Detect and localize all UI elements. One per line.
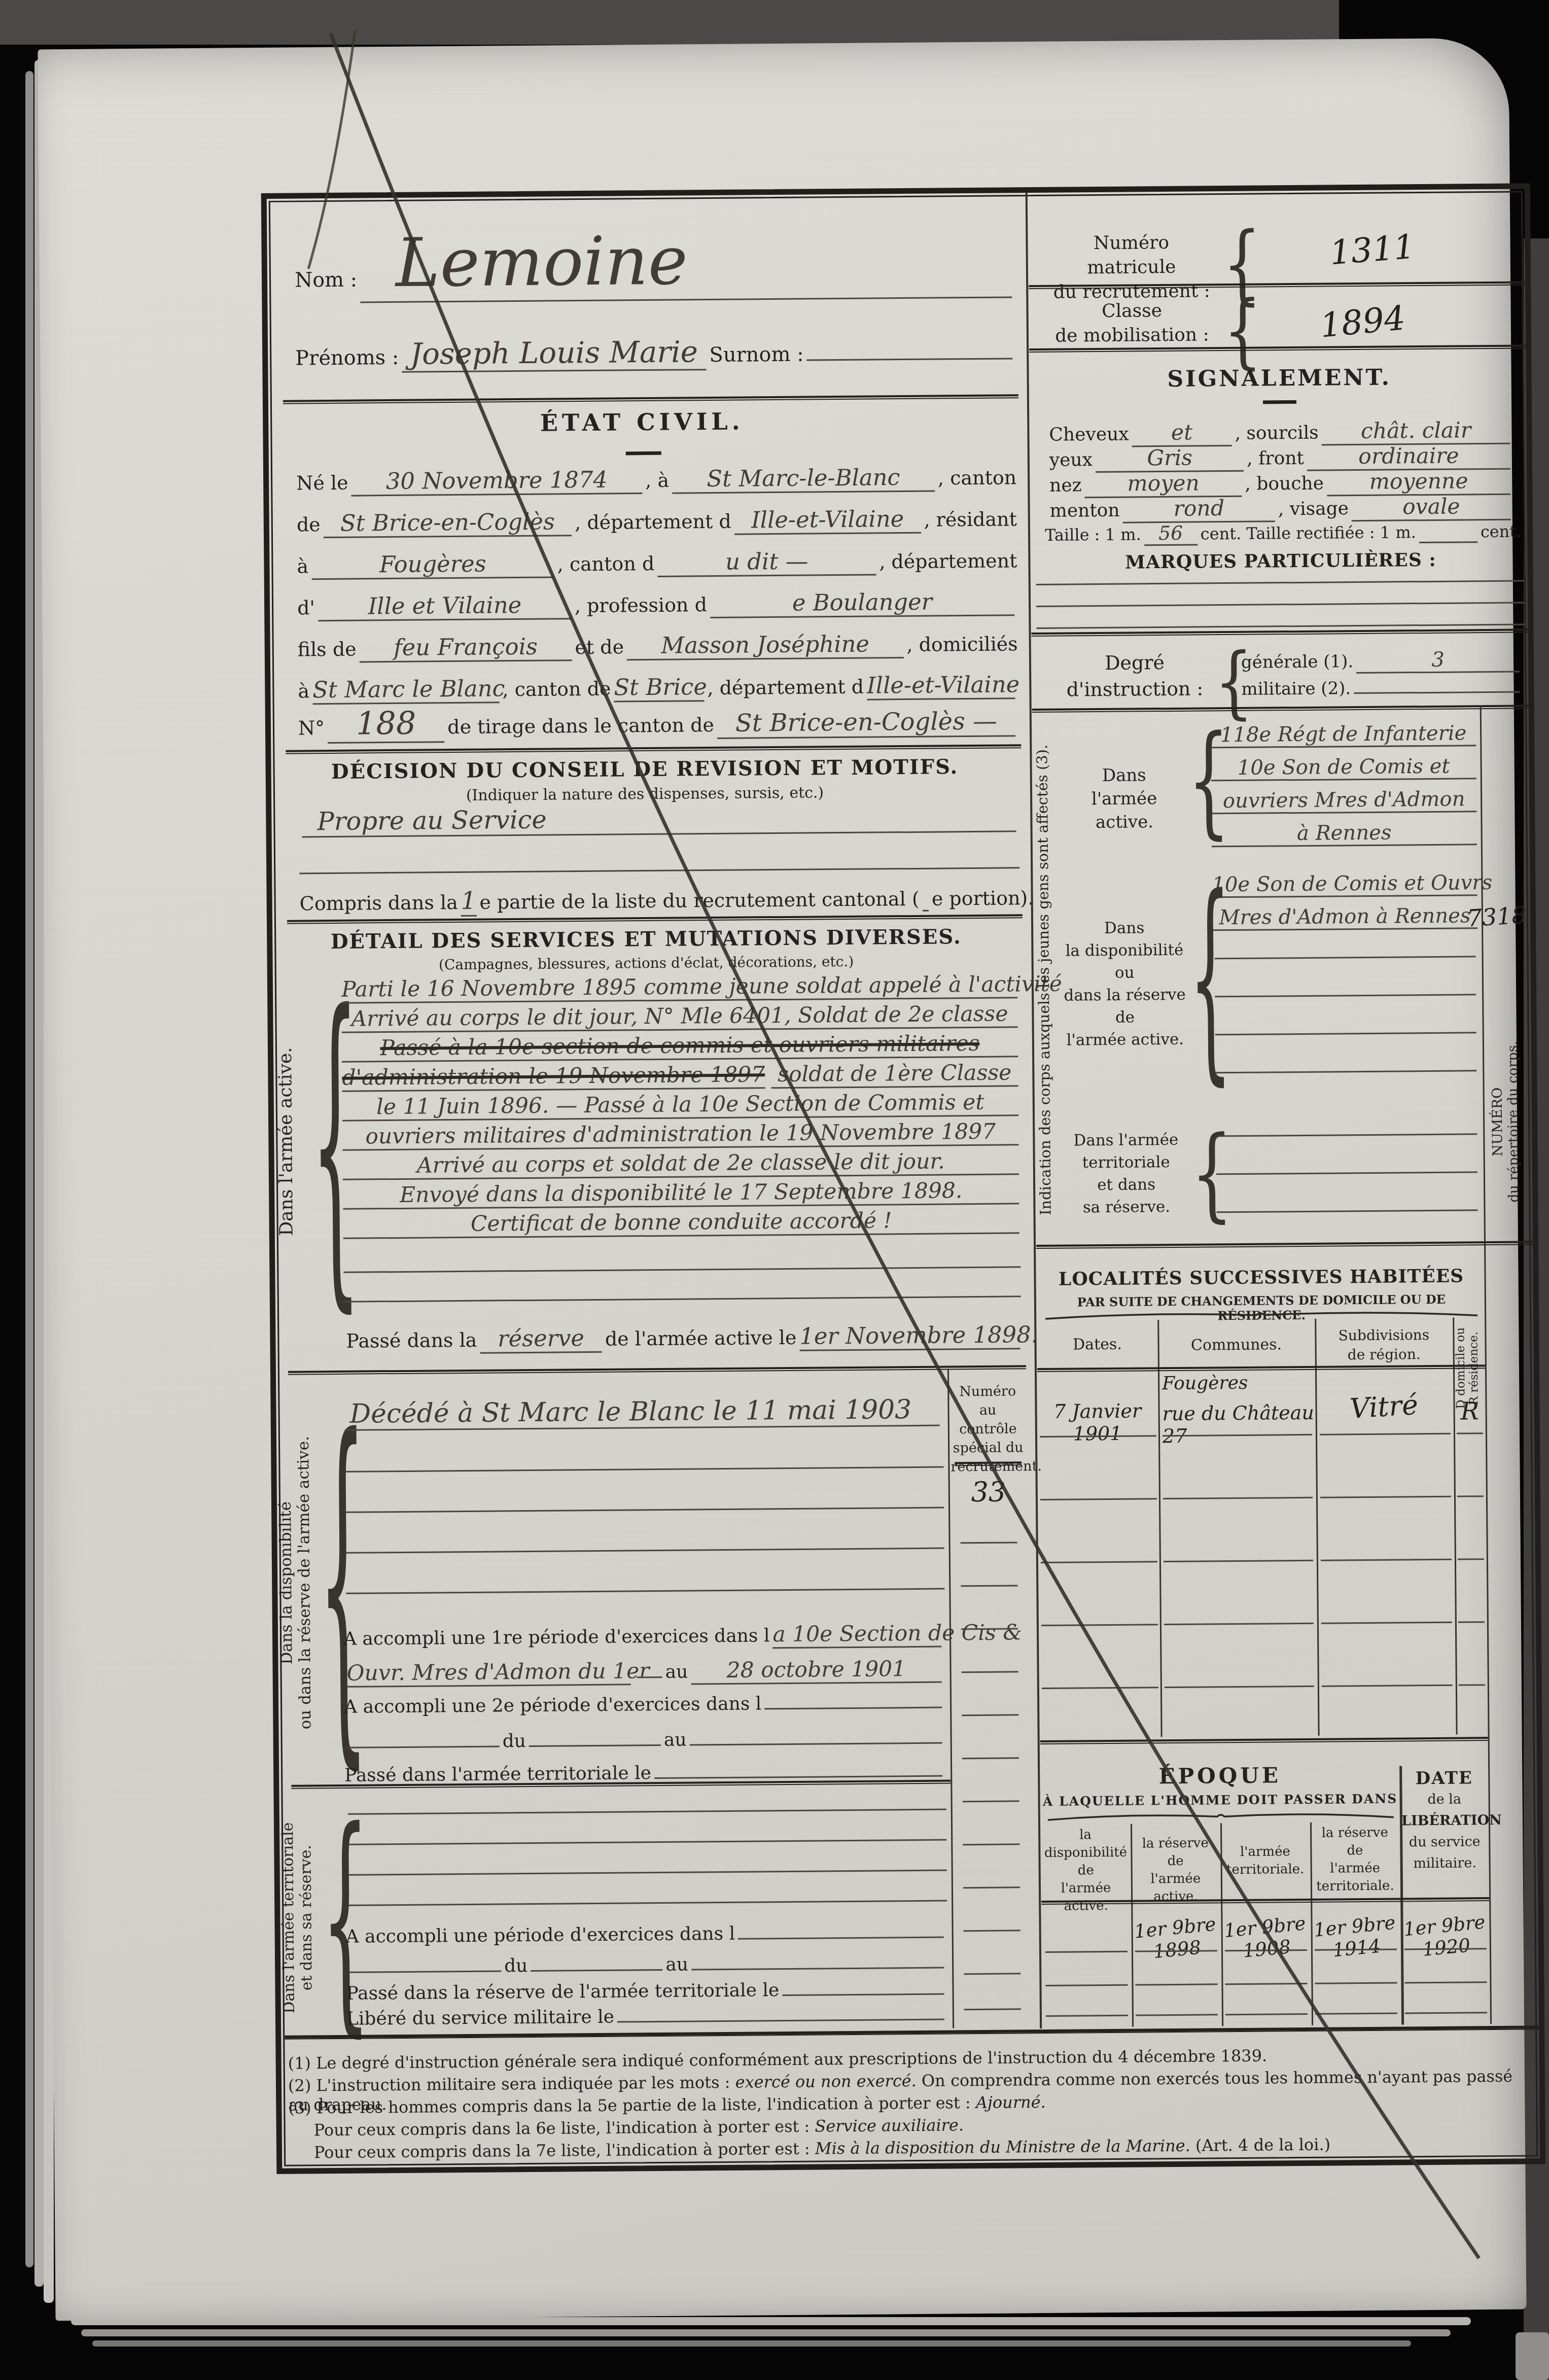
book-scan-scene: Nom : Lemoine Prénoms : Joseph Louis Mar… [0,0,1549,2380]
cancellation-stroke [0,0,1549,2380]
